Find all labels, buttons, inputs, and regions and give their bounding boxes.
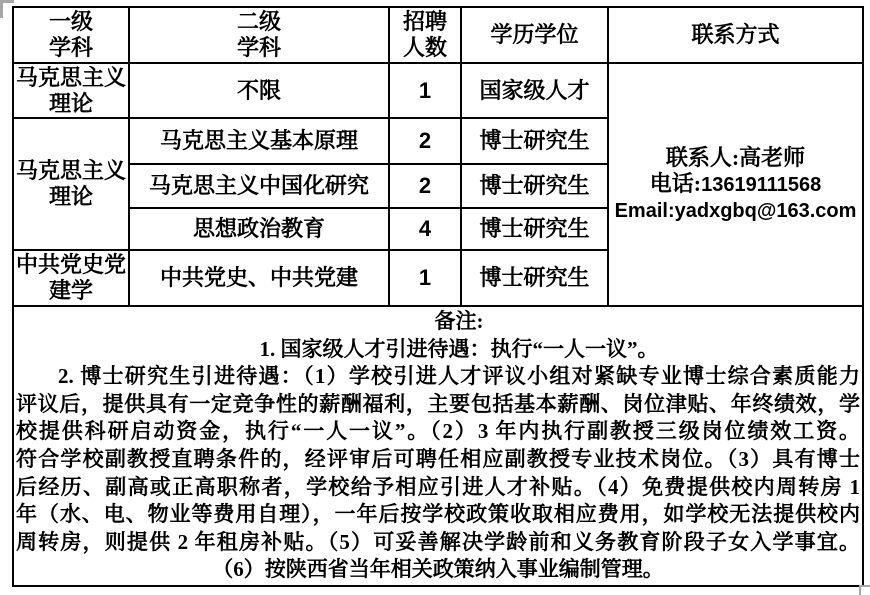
recruitment-table: 一级 学科 二级 学科 招聘 人数 学历学位 联系方式 马克思主义理论 不限 1…: [12, 6, 864, 587]
cell-degree: 博士研究生: [461, 208, 608, 250]
cell-primary-discipline: 马克思主义理论: [13, 118, 129, 250]
note-line: 评议后，提供具有一定竞争性的薪酬福利，主要包括基本薪酬、岗位津贴、年终绩效，学: [16, 391, 860, 419]
cell-degree: 博士研究生: [461, 250, 608, 306]
contact-person: 联系人:高老师: [611, 145, 860, 171]
note-line: 后经历、副高或正高职称者，学校给予相应引进人才补贴。（4）免费提供校内周转房 1: [16, 474, 860, 502]
cell-recruit-count: 4: [389, 208, 461, 250]
note-line: 2. 博士研究生引进待遇：（1）学校引进人才评议小组对紧缺专业博士综合素质能力: [16, 363, 860, 391]
cell-primary-discipline: 马克思主义理论: [13, 63, 129, 118]
cell-secondary-discipline: 中共党史、中共党建: [129, 250, 389, 306]
notes-heading: 备注:: [16, 308, 860, 336]
header-text: 人数: [392, 35, 458, 61]
notes-section: 备注: 1. 国家级人才引进待遇：执行“一人一议”。 2. 博士研究生引进待遇：…: [13, 306, 863, 586]
note-line: 年（水、电、物业等费用自理），一年后按学校政策收取相应费用，如学校无法提供校内: [16, 501, 860, 529]
cell-degree: 博士研究生: [461, 164, 608, 208]
note-line: （6）按陕西省当年相关政策纳入事业编制管理。: [16, 556, 860, 584]
cell-secondary-discipline: 思想政治教育: [129, 208, 389, 250]
contact-phone: 电话:13619111568: [611, 171, 860, 198]
header-text: 一级: [16, 9, 126, 35]
cell-secondary-discipline: 马克思主义基本原理: [129, 118, 389, 164]
cell-secondary-discipline: 不限: [129, 63, 389, 118]
cell-recruit-count: 2: [389, 118, 461, 164]
note-line: 符合学校副教授直聘条件的，经评审后可聘任相应副教授专业技术岗位。（3）具有博士: [16, 446, 860, 474]
table-resize-handle-icon: [859, 585, 870, 595]
header-row: 一级 学科 二级 学科 招聘 人数 学历学位 联系方式: [13, 7, 863, 63]
contact-email: Email:yadxgbq@163.com: [611, 198, 860, 224]
cell-contact-info: 联系人:高老师 电话:13619111568 Email:yadxgbq@163…: [608, 63, 863, 306]
header-secondary-discipline: 二级 学科: [129, 7, 389, 63]
note-line: 1. 国家级人才引进待遇：执行“一人一议”。: [16, 336, 860, 364]
note-line: 校提供科研启动资金，执行“一人一议”。（2）3 年内执行副教授三级岗位绩效工资。: [16, 418, 860, 446]
header-recruit-count: 招聘 人数: [389, 7, 461, 63]
cell-recruit-count: 1: [389, 250, 461, 306]
cell-degree: 国家级人才: [461, 63, 608, 118]
contact-phone-label: 电话:: [650, 171, 701, 196]
table-row: 马克思主义理论 不限 1 国家级人才 联系人:高老师 电话:1361911156…: [13, 63, 863, 118]
header-text: 二级: [132, 9, 386, 35]
cell-recruit-count: 2: [389, 164, 461, 208]
cell-primary-discipline: 中共党史党建学: [13, 250, 129, 306]
notes-row: 备注: 1. 国家级人才引进待遇：执行“一人一议”。 2. 博士研究生引进待遇：…: [13, 306, 863, 586]
header-primary-discipline: 一级 学科: [13, 7, 129, 63]
header-text: 学科: [16, 35, 126, 61]
cell-secondary-discipline: 马克思主义中国化研究: [129, 164, 389, 208]
header-text: 招聘: [392, 9, 458, 35]
document-page: 一级 学科 二级 学科 招聘 人数 学历学位 联系方式 马克思主义理论 不限 1…: [0, 0, 870, 595]
header-contact: 联系方式: [608, 7, 863, 63]
note-line: 周转房，则提供 2 年租房补贴。（5）可妥善解决学龄前和义务教育阶段子女入学事宜…: [16, 529, 860, 557]
cell-recruit-count: 1: [389, 63, 461, 118]
contact-phone-number: 13619111568: [701, 174, 821, 196]
header-text: 学科: [132, 35, 386, 61]
header-degree: 学历学位: [461, 7, 608, 63]
cell-degree: 博士研究生: [461, 118, 608, 164]
